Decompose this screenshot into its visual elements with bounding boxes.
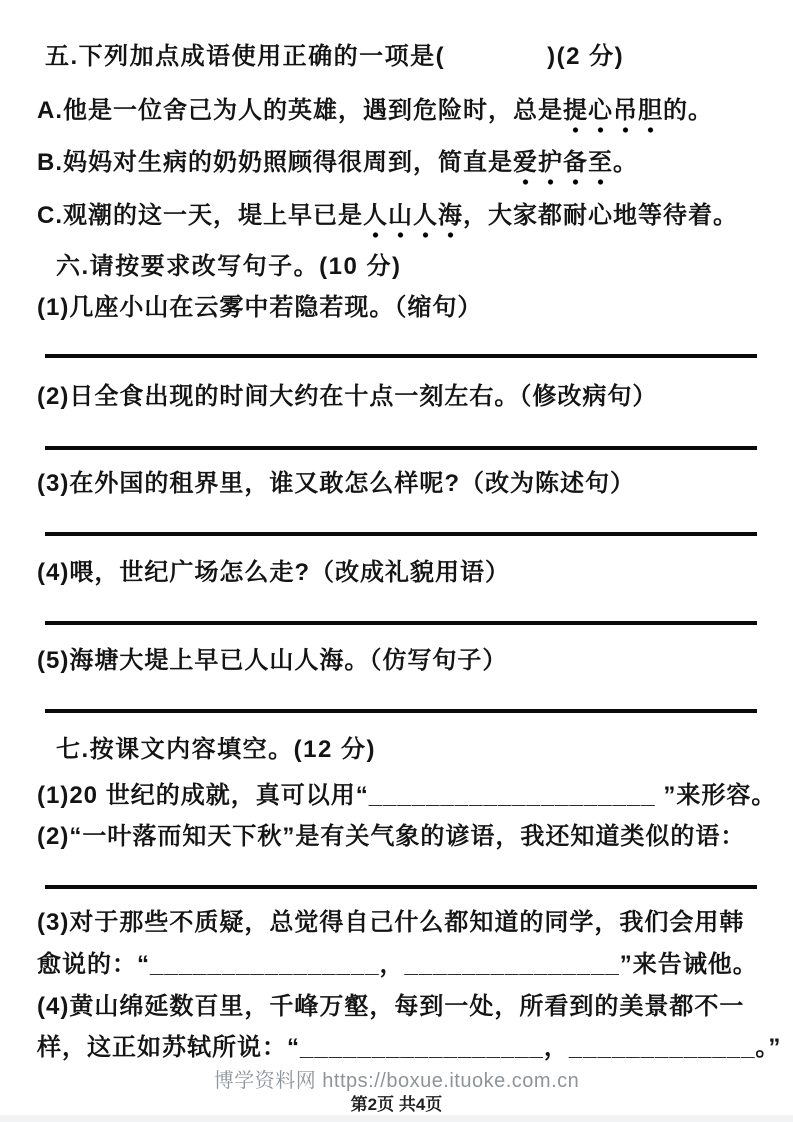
fill-3-line1: (3)对于那些不质疑，总觉得自己什么都知道的同学，我们会用韩 [37, 907, 744, 939]
option-a-post: 的。 [663, 97, 713, 124]
section6-title: 六.请按要求改写句子。(10 分) [56, 251, 402, 283]
option-b-pre: B.妈妈对生病的奶奶照顾得很周到，简直是 [37, 149, 513, 176]
option-b-post: 。 [613, 149, 638, 176]
option-b-emphasized-idiom: 爱护备至 [513, 149, 613, 186]
fill-2: (2)“一叶落而知天下秋”是有关气象的谚语，我还知道类似的语： [37, 821, 745, 853]
section7-title: 七.按课文内容填空。(12 分) [56, 734, 376, 766]
question-2: (2)日全食出现的时间大约在十点一刻左右。（修改病句） [37, 381, 657, 413]
footer-site-watermark: 博学资料网 https://boxue.ituoke.com.cn [0, 1064, 793, 1093]
fill-4-line1: (4)黄山绵延数百里，千峰万壑，每到一处，所看到的美景都不一 [37, 991, 744, 1023]
fill-3-line2: 愈说的：“________________，_______________”来告… [37, 949, 758, 981]
option-a-emphasized-idiom: 提心吊胆 [563, 97, 663, 134]
page-bottom-edge [0, 1115, 793, 1122]
option-c-emphasized-idiom: 人山人海 [363, 202, 463, 239]
question-5: (5)海塘大堤上早已人山人海。（仿写句子） [37, 645, 507, 677]
footer-page-indicator: 第2页 共4页 [0, 1090, 793, 1115]
option-c-post: ，大家都耐心地等待着。 [463, 202, 738, 229]
exam-page: 五.下列加点成语使用正确的一项是( )(2 分) A.他是一位舍己为人的英雄，遇… [0, 0, 793, 1122]
question-3: (3)在外国的租界里，谁又敢怎么样呢?（改为陈述句） [37, 468, 635, 500]
question-1: (1)几座小山在云雾中若隐若现。（缩句） [37, 292, 482, 324]
option-c: C.观潮的这一天，堤上早已是人山人海，大家都耐心地等待着。 [37, 200, 738, 232]
section5-title: 五.下列加点成语使用正确的一项是( )(2 分) [45, 41, 624, 73]
answer-line-3 [45, 532, 757, 536]
option-b: B.妈妈对生病的奶奶照顾得很周到，简直是爱护备至。 [37, 147, 638, 179]
answer-line-5 [45, 709, 757, 713]
answer-line-4 [45, 621, 757, 625]
answer-line-2 [45, 446, 757, 450]
answer-line-1 [45, 354, 757, 358]
fill-4-line2: 样，这正如苏轼所说：“_________________，___________… [37, 1032, 781, 1064]
answer-line-6 [45, 885, 757, 889]
option-c-pre: C.观潮的这一天，堤上早已是 [37, 202, 363, 229]
option-a: A.他是一位舍己为人的英雄，遇到危险时，总是提心吊胆的。 [37, 95, 713, 127]
fill-1: (1)20 世纪的成就，真可以用“____________________ ”来… [37, 780, 776, 812]
option-a-pre: A.他是一位舍己为人的英雄，遇到危险时，总是 [37, 97, 563, 124]
question-4: (4)喂，世纪广场怎么走?（改成礼貌用语） [37, 557, 510, 589]
